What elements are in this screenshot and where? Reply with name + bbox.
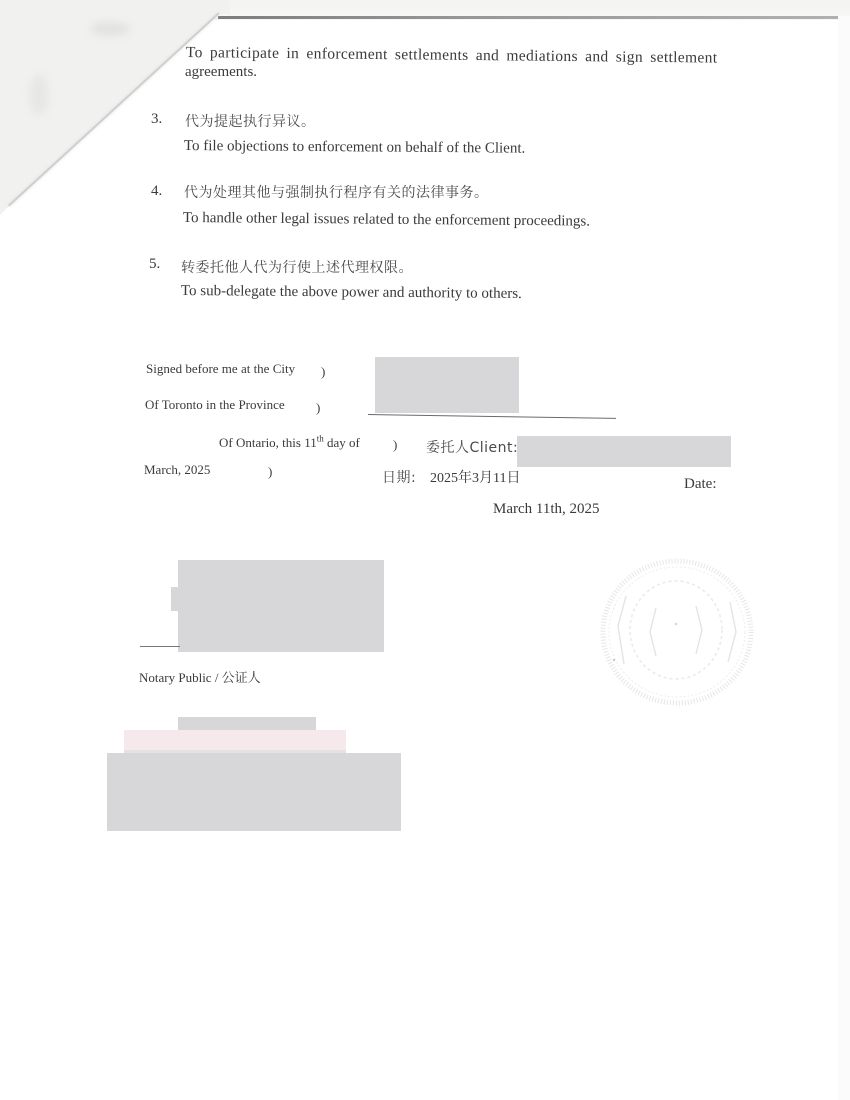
document-page: To participate in enforcement settlement… <box>0 0 850 1100</box>
client-signature-redaction <box>375 357 519 413</box>
attestation-bracket: ) <box>268 464 272 480</box>
clause-3-english: To file objections to enforcement on beh… <box>184 138 525 158</box>
date-label-zh: 日期: <box>382 467 416 487</box>
clause-2-english-line-1: To participate in enforcement settlement… <box>186 44 718 68</box>
clause-3-chinese: 代为提起执行异议。 <box>185 111 316 131</box>
clause-number: 5. <box>149 256 160 273</box>
attestation-line-3: Of Ontario, this 11th day of <box>219 435 360 451</box>
attestation-line-2: Of Toronto in the Province <box>145 397 285 413</box>
attestation-bracket: ) <box>393 437 397 453</box>
notary-public-label: Notary Public / 公证人 <box>139 667 261 686</box>
date-label-en: Date: <box>684 476 716 493</box>
client-label: 委托人Client: <box>426 440 518 456</box>
attestation-line-3-prefix: Of Ontario, this 11 <box>219 435 317 450</box>
notary-name-redaction <box>178 717 316 731</box>
client-name-redaction <box>517 436 731 467</box>
embossed-seal-icon <box>598 556 756 708</box>
clause-5-chinese: 转委托他人代为行使上述代理权限。 <box>181 257 413 277</box>
date-zh: 2025年3月11日 <box>430 467 520 487</box>
clause-number: 4. <box>151 183 162 200</box>
notary-signature-line <box>140 646 180 647</box>
date-en: March 11th, 2025 <box>493 501 600 518</box>
notary-signature-redaction <box>178 560 384 652</box>
clause-2-english-line-2: agreements. <box>185 64 257 81</box>
attestation-line-4: March, 2025 <box>144 462 210 478</box>
notary-details-redaction <box>107 753 401 831</box>
client-label-zh: 委托人Client: <box>426 437 518 457</box>
notary-stamp-redaction <box>124 730 346 750</box>
clause-number: 3. <box>151 111 162 128</box>
clause-4-english: To handle other legal issues related to … <box>183 210 590 231</box>
clause-5-english: To sub-delegate the above power and auth… <box>181 283 522 303</box>
attestation-line-3-suffix: day of <box>324 435 360 450</box>
client-signature-line <box>368 414 616 419</box>
attestation-bracket: ) <box>316 400 320 416</box>
attestation-bracket: ) <box>321 364 325 380</box>
attestation-line-1: Signed before me at the City <box>146 361 295 377</box>
ordinal-suffix: th <box>317 434 324 444</box>
clause-4-chinese: 代为处理其他与强制执行程序有关的法律事务。 <box>184 182 489 202</box>
